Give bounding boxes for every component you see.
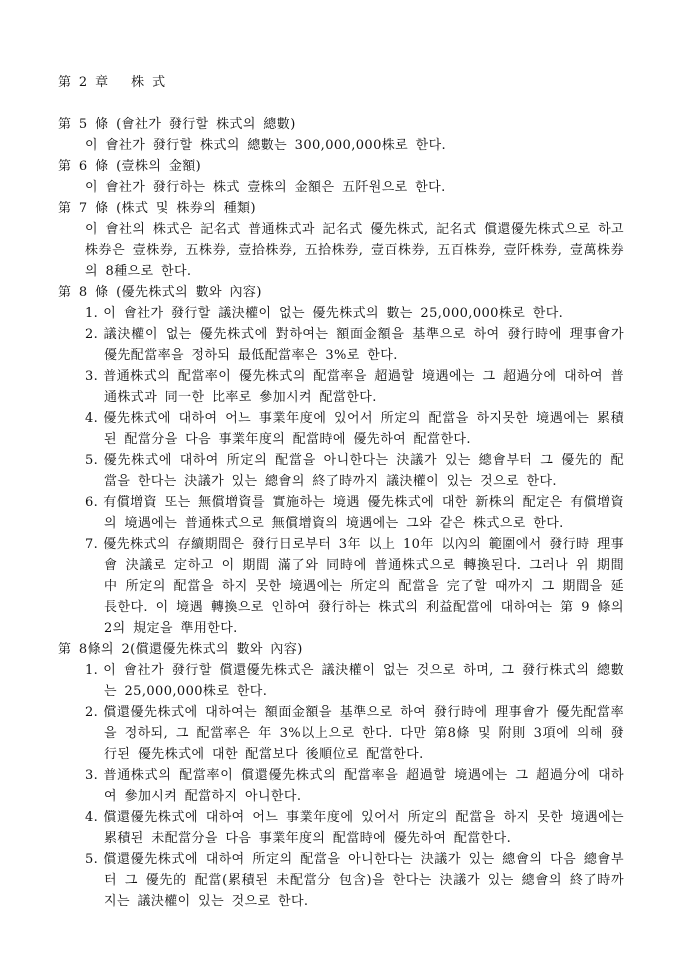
item-text: 優先株式에 대하여 어느 事業年度에 있어서 所定의 配當을 하지못한 境遇에는…	[103, 411, 624, 447]
article-8-item-7: 7.優先株式의 存續期間은 發行日로부터 3年 以上 10年 以內의 範圍에서 …	[85, 534, 624, 639]
article-8: 第 8 條 (優先株式의 數와 內容) 1.이 會社가 發行할 議決權이 없는 …	[58, 282, 624, 639]
item-text: 普通株式의 配當率이 優先株式의 配當率을 超過할 境遇에는 그 超過分에 대하…	[103, 369, 624, 405]
item-number: 3.	[85, 369, 98, 384]
article-8-2: 第 8條의 2(償還優先株式의 數와 內容) 1.이 會社가 發行할 償還優先株…	[58, 639, 624, 912]
item-text: 이 會社가 發行할 議決權이 없는 優先株式의 數는 25,000,000株로 …	[103, 306, 563, 321]
item-text: 優先株式의 存續期間은 發行日로부터 3年 以上 10年 以內의 範圍에서 發行…	[103, 537, 624, 636]
item-number: 1.	[85, 663, 98, 678]
article-8-2-item-2: 2.償還優先株式에 대하여는 額面金額을 基準으로 하여 發行時에 理事會가 優…	[85, 702, 624, 765]
article-8-item-3: 3.普通株式의 配當率이 優先株式의 配當率을 超過할 境遇에는 그 超過分에 …	[85, 366, 624, 408]
item-text: 償還優先株式에 대하여는 額面金額을 基準으로 하여 發行時에 理事會가 優先配…	[103, 705, 624, 762]
article-8-item-2: 2.議決權이 없는 優先株式에 對하여는 額面金額을 基準으로 하여 發行時에 …	[85, 324, 624, 366]
article-8-2-item-4: 4.償還優先株式에 대하여 어느 事業年度에 있어서 所定의 配當을 하지 못한…	[85, 807, 624, 849]
article-8-item-4: 4.優先株式에 대하여 어느 事業年度에 있어서 所定의 配當을 하지못한 境遇…	[85, 408, 624, 450]
item-text: 이 會社가 發行할 償還優先株式은 議決權이 없는 것으로 하며, 그 發行株式…	[103, 663, 624, 699]
item-number: 6.	[85, 495, 98, 510]
item-number: 1.	[85, 306, 98, 321]
item-number: 4.	[85, 810, 98, 825]
article-8-2-item-5: 5.償還優先株式에 대하여 所定의 配當을 아니한다는 決議가 있는 總會의 다…	[85, 849, 624, 912]
article-7: 第 7 條 (株式 및 株券의 種類) 이 會社의 株式은 記名式 普通株式과 …	[58, 198, 624, 282]
item-text: 優先株式에 대하여 所定의 配當을 아니한다는 決議가 있는 總會부터 그 優先…	[103, 453, 624, 489]
item-text: 償還優先株式에 대하여 所定의 配當을 아니한다는 決議가 있는 總會의 다음 …	[103, 852, 624, 909]
item-number: 2.	[85, 327, 98, 342]
document-page: 第 2 章 株 式 第 5 條 (會社가 發行할 株式의 總數) 이 會社가 發…	[0, 0, 680, 962]
article-5-paragraph: 이 會社가 發行할 株式의 總數는 300,000,000株로 한다.	[85, 135, 624, 156]
item-text: 償還優先株式에 대하여 어느 事業年度에 있어서 所定의 配當을 하지 못한 境…	[103, 810, 624, 846]
article-5-heading: 第 5 條 (會社가 發行할 株式의 總數)	[58, 114, 624, 135]
item-number: 4.	[85, 411, 98, 426]
item-number: 5.	[85, 852, 98, 867]
item-text: 議決權이 없는 優先株式에 對하여는 額面金額을 基準으로 하여 發行時에 理事…	[103, 327, 624, 363]
chapter-title: 第 2 章 株 式	[58, 72, 624, 93]
article-6-paragraph: 이 會社가 發行하는 株式 壹株의 金額은 五阡원으로 한다.	[85, 177, 624, 198]
article-5: 第 5 條 (會社가 發行할 株式의 總數) 이 會社가 發行할 株式의 總數는…	[58, 114, 624, 156]
article-8-2-heading: 第 8條의 2(償還優先株式의 數와 內容)	[58, 639, 624, 660]
item-number: 5.	[85, 453, 98, 468]
article-8-item-5: 5.優先株式에 대하여 所定의 配當을 아니한다는 決議가 있는 總會부터 그 …	[85, 450, 624, 492]
item-text: 普通株式의 配當率이 償還優先株式의 配當率을 超過할 境遇에는 그 超過分에 …	[103, 768, 624, 804]
article-8-heading: 第 8 條 (優先株式의 數와 內容)	[58, 282, 624, 303]
article-7-heading: 第 7 條 (株式 및 株券의 種類)	[58, 198, 624, 219]
article-7-paragraph: 이 會社의 株式은 記名式 普通株式과 記名式 優先株式, 記名式 償還優先株式…	[85, 219, 624, 282]
item-number: 3.	[85, 768, 98, 783]
document-content: 第 2 章 株 式 第 5 條 (會社가 發行할 株式의 總數) 이 會社가 發…	[58, 72, 624, 912]
item-number: 2.	[85, 705, 98, 720]
article-8-2-item-1: 1.이 會社가 發行할 償還優先株式은 議決權이 없는 것으로 하며, 그 發行…	[85, 660, 624, 702]
item-text: 有償增資 또는 無償增資를 實施하는 境遇 優先株式에 대한 新株의 配定은 有…	[103, 495, 624, 531]
article-6: 第 6 條 (壹株의 金額) 이 會社가 發行하는 株式 壹株의 金額은 五阡원…	[58, 156, 624, 198]
article-8-item-1: 1.이 會社가 發行할 議決權이 없는 優先株式의 數는 25,000,000株…	[85, 303, 624, 324]
article-6-heading: 第 6 條 (壹株의 金額)	[58, 156, 624, 177]
article-8-item-6: 6.有償增資 또는 無償增資를 實施하는 境遇 優先株式에 대한 新株의 配定은…	[85, 492, 624, 534]
item-number: 7.	[85, 537, 98, 552]
article-8-2-item-3: 3.普通株式의 配當率이 償還優先株式의 配當率을 超過할 境遇에는 그 超過分…	[85, 765, 624, 807]
